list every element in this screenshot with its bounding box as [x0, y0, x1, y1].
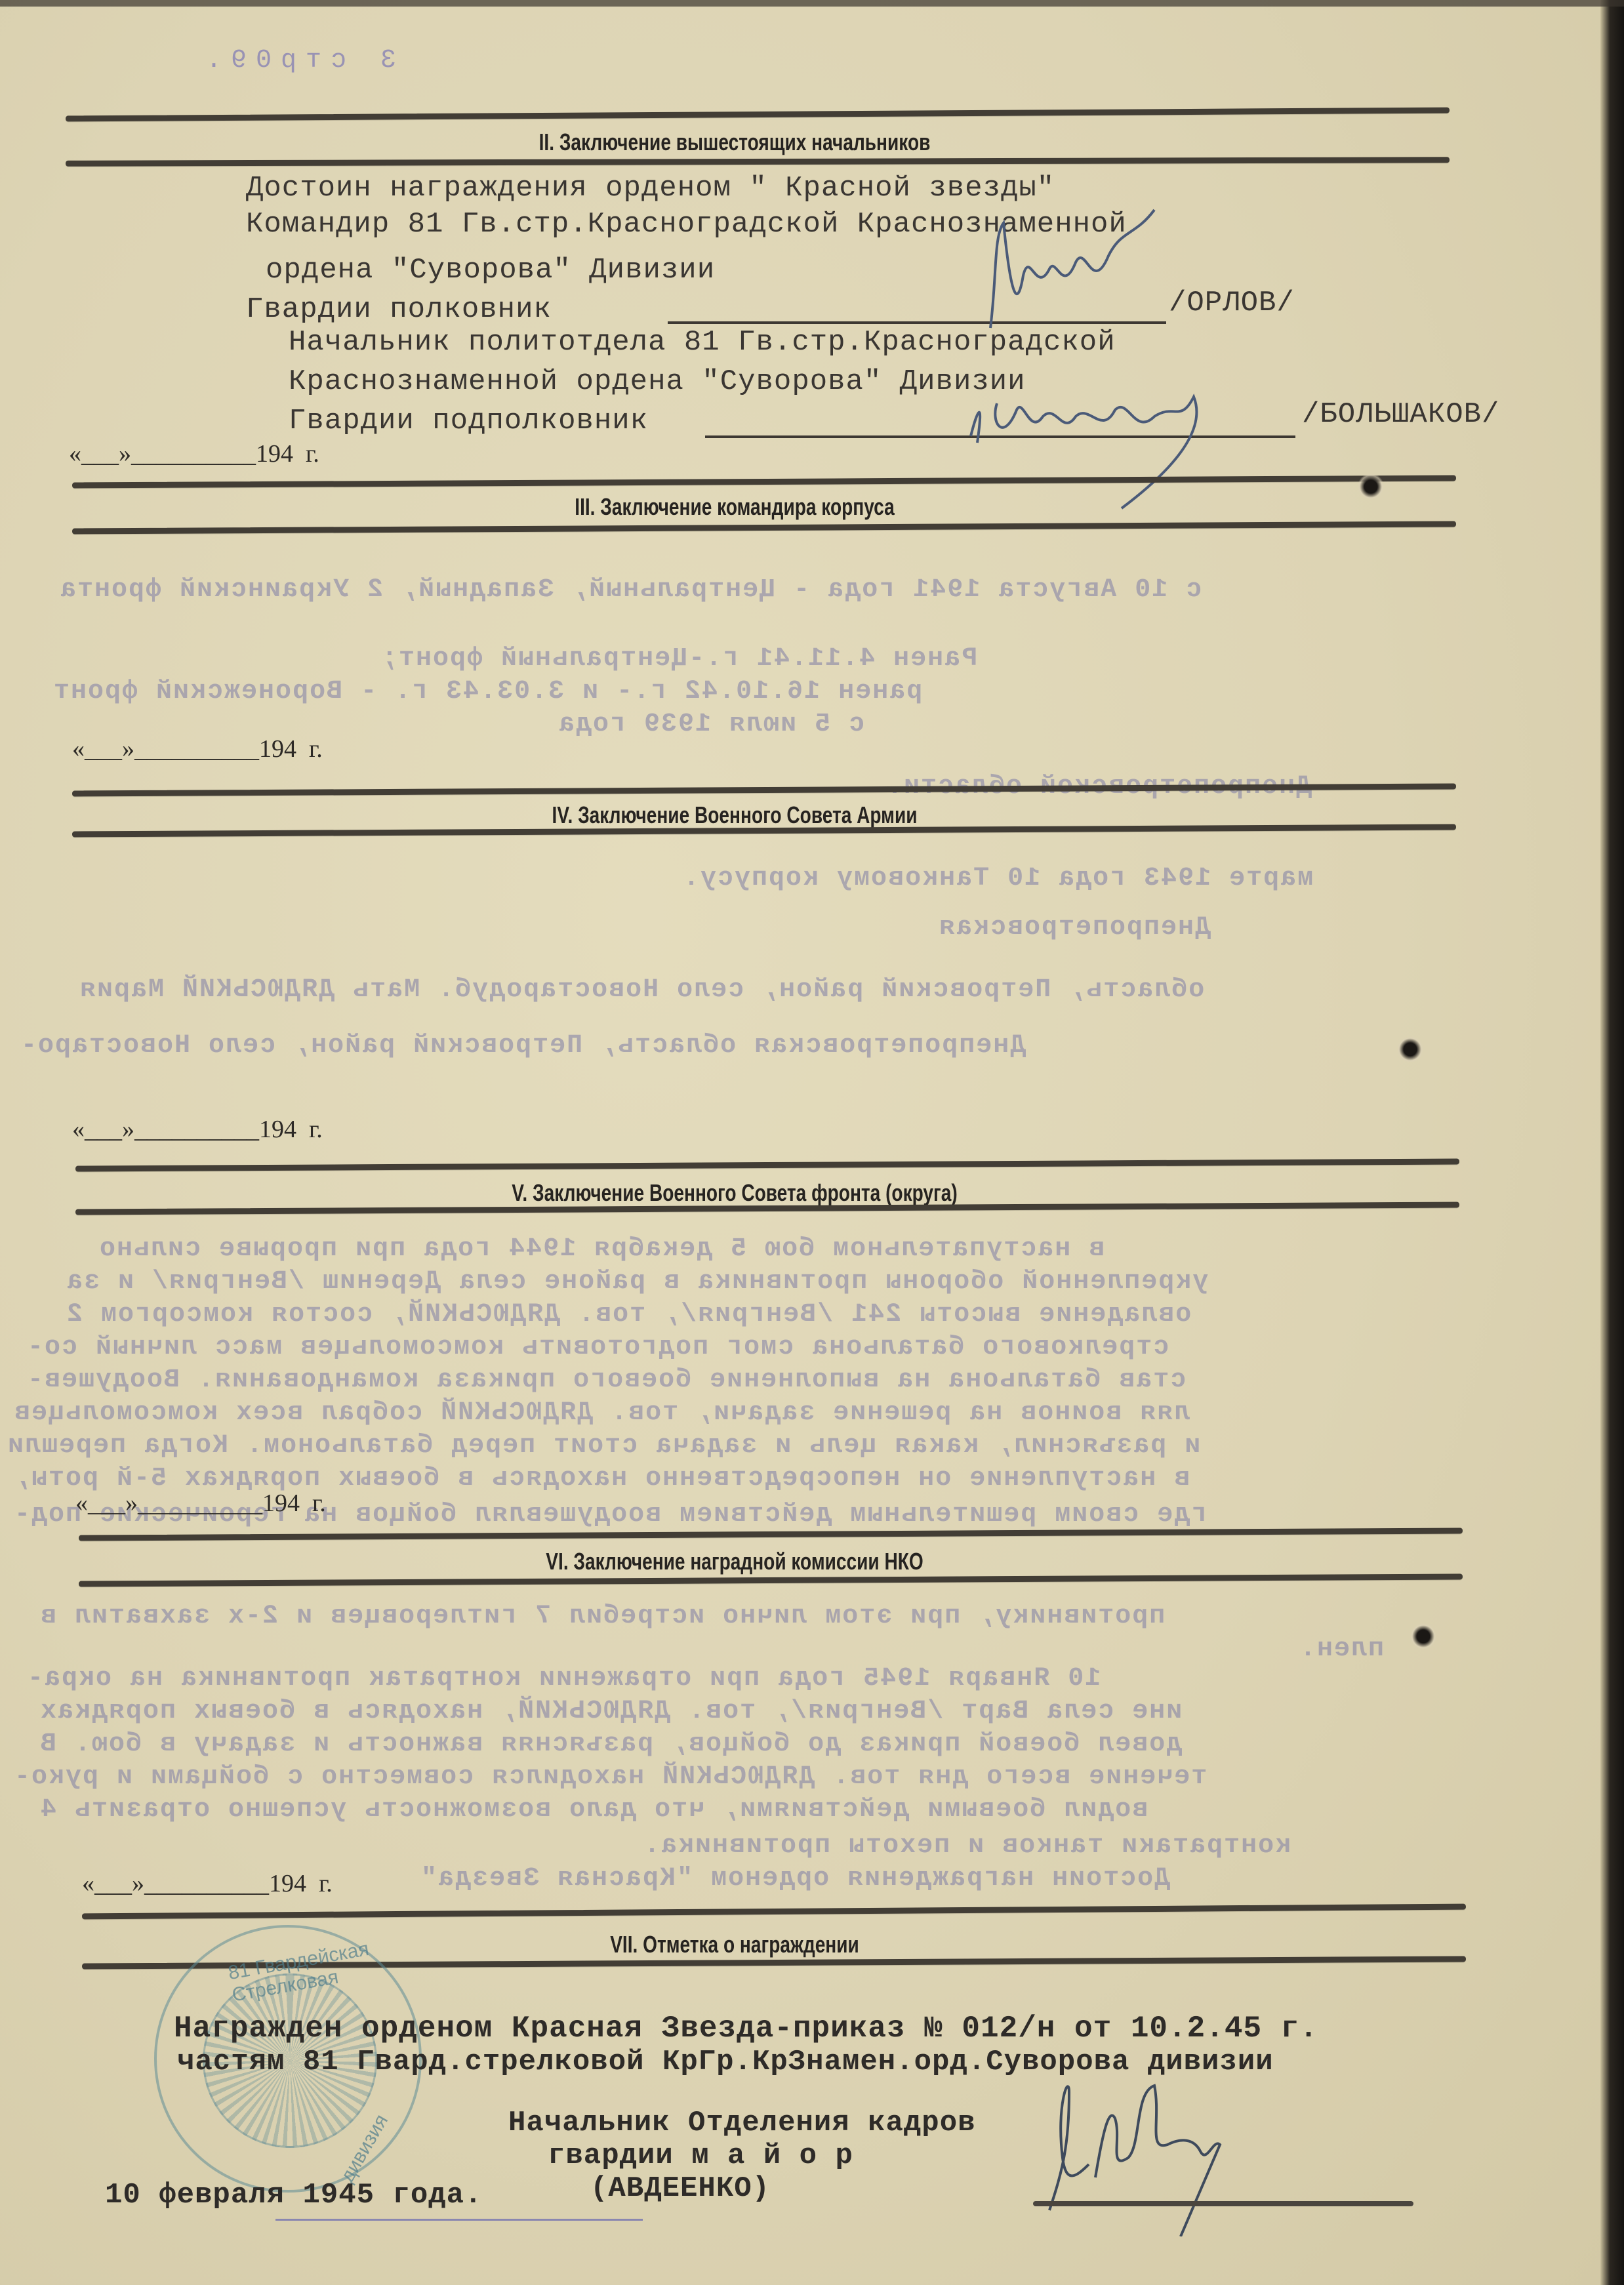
punch-hole	[1397, 1036, 1423, 1062]
date-underline	[275, 2219, 643, 2221]
bleed-line: водил боевыми действиями, что дало возмо…	[39, 1797, 1148, 1823]
bleed-line: контратаки танков и пехоты противника.	[643, 1833, 1291, 1859]
bleed-line: с 10 Августа 1941 года - Центральный, За…	[59, 577, 1202, 603]
signature-orlov	[971, 197, 1194, 341]
bleed-line: Достоин награждения орденом "Красная Зве…	[420, 1866, 1170, 1892]
section-3-title: III. Заключение командира корпуса	[161, 493, 1307, 521]
bleed-line: ляя воинов на решение задачи, тов. ДЯДЮС…	[13, 1400, 1190, 1426]
bleed-line: Днепропетровская	[938, 915, 1211, 941]
bleed-line: став батальона на выполнение боевого при…	[26, 1367, 1186, 1394]
s5-date: «___»__________194 г.	[75, 1489, 326, 1518]
bleed-stamp-top: 3 стр09.	[197, 46, 396, 75]
punch-hole	[1358, 474, 1384, 500]
award-order-line2: частям 81 Гвард.стрелковой КрГр.КрЗнамен…	[177, 2048, 1274, 2076]
signer-orlov-name: /ОРЛОВ/	[1169, 289, 1295, 317]
s4-date: «___»__________194 г.	[72, 1115, 323, 1144]
bleed-line: и разъяснил, какая цель и задача стоит п…	[7, 1433, 1200, 1459]
bleed-line: противнику, при этом лично истребил 7 ги…	[39, 1604, 1165, 1630]
bleed-line: в наступательном бою 5 декабря 1944 года…	[98, 1236, 1105, 1263]
bleed-line: довел боевой приказ до бойцов, разъясняя…	[39, 1731, 1182, 1758]
section-6-title: VI. Заключение наградной комиссии НКО	[161, 1548, 1307, 1575]
issue-date: 10 февраля 1945 года.	[105, 2181, 483, 2210]
bleed-line: 10 Января 1945 года при отражении контра…	[26, 1666, 1101, 1692]
bleed-line: марте 1943 года 10 Танковому корпусу.	[682, 866, 1313, 892]
s2-line: ордена "Суворова" Дивизии	[266, 256, 715, 285]
s3-date: «___»__________194 г.	[72, 735, 323, 763]
bleed-line: в наступление он непосредственно находяс…	[13, 1466, 1190, 1492]
bleed-line: ине села Варт /Венгрия/, тов. ДЯДЮСЬКИЙ,…	[39, 1699, 1182, 1725]
official-title: Начальник Отделения кадров	[508, 2109, 976, 2137]
punch-hole	[1410, 1623, 1436, 1649]
signature-avdeenko	[1030, 2079, 1292, 2236]
page-top-edge	[0, 0, 1624, 7]
s2-date: «___»__________194 г.	[69, 439, 319, 468]
bleed-line: ранен 16.10.42 г.- и 3.03.43 г. - Вороне…	[52, 679, 922, 705]
section-2-title: II. Заключение вышестоящих начальников	[161, 129, 1307, 156]
official-rank: гвардии м а й о р	[548, 2141, 853, 2170]
bleed-line: Ранен 4.11.41 г.-Центральный фронт;	[380, 646, 977, 672]
bleed-line: стрелкового батальона смог подготовить к…	[26, 1335, 1169, 1361]
bleed-line: с 5 июля 1939 года	[558, 712, 864, 738]
award-order-line1: Награжден орденом Красная Звезда-приказ …	[174, 2013, 1318, 2044]
s6-date: «___»__________194 г.	[82, 1869, 333, 1898]
bleed-line: плен.	[1299, 1636, 1384, 1663]
s2-line2: Краснознаменной ордена "Суворова" Дивизи…	[289, 367, 1026, 396]
s2-line2: Гвардии подполковник	[289, 407, 648, 435]
bleed-line: область, Петровский район, село Новостар…	[79, 977, 1204, 1003]
bleed-line: укрепленной обороны противника в районе …	[66, 1269, 1208, 1295]
bleed-line: течение всего дня тов. ДЯДЮСЬКИЙ находил…	[13, 1764, 1207, 1790]
s2-line: Гвардии полковник	[246, 295, 552, 324]
signer-bolshakov-name: /БОЛЬШАКОВ/	[1302, 400, 1499, 429]
page-edge-shadow	[1600, 0, 1624, 2285]
bleed-line: Днепропетровская область, Петровский рай…	[20, 1033, 1026, 1059]
section-5-title: V. Заключение Военного Совета фронта (ок…	[161, 1179, 1307, 1207]
official-name: (АВДЕЕНКО)	[590, 2174, 770, 2203]
s2-line2: Начальник политотдела 81 Гв.стр.Красногр…	[289, 328, 1116, 357]
bleed-line: овладение высоты 241 /Венгрия/, тов. ДЯД…	[66, 1302, 1191, 1328]
signature-line	[1033, 2201, 1413, 2206]
s2-line: Достоин награждения орденом " Красной зв…	[246, 174, 1055, 203]
section-4-title: IV. Заключение Военного Совета Армии	[161, 801, 1307, 829]
